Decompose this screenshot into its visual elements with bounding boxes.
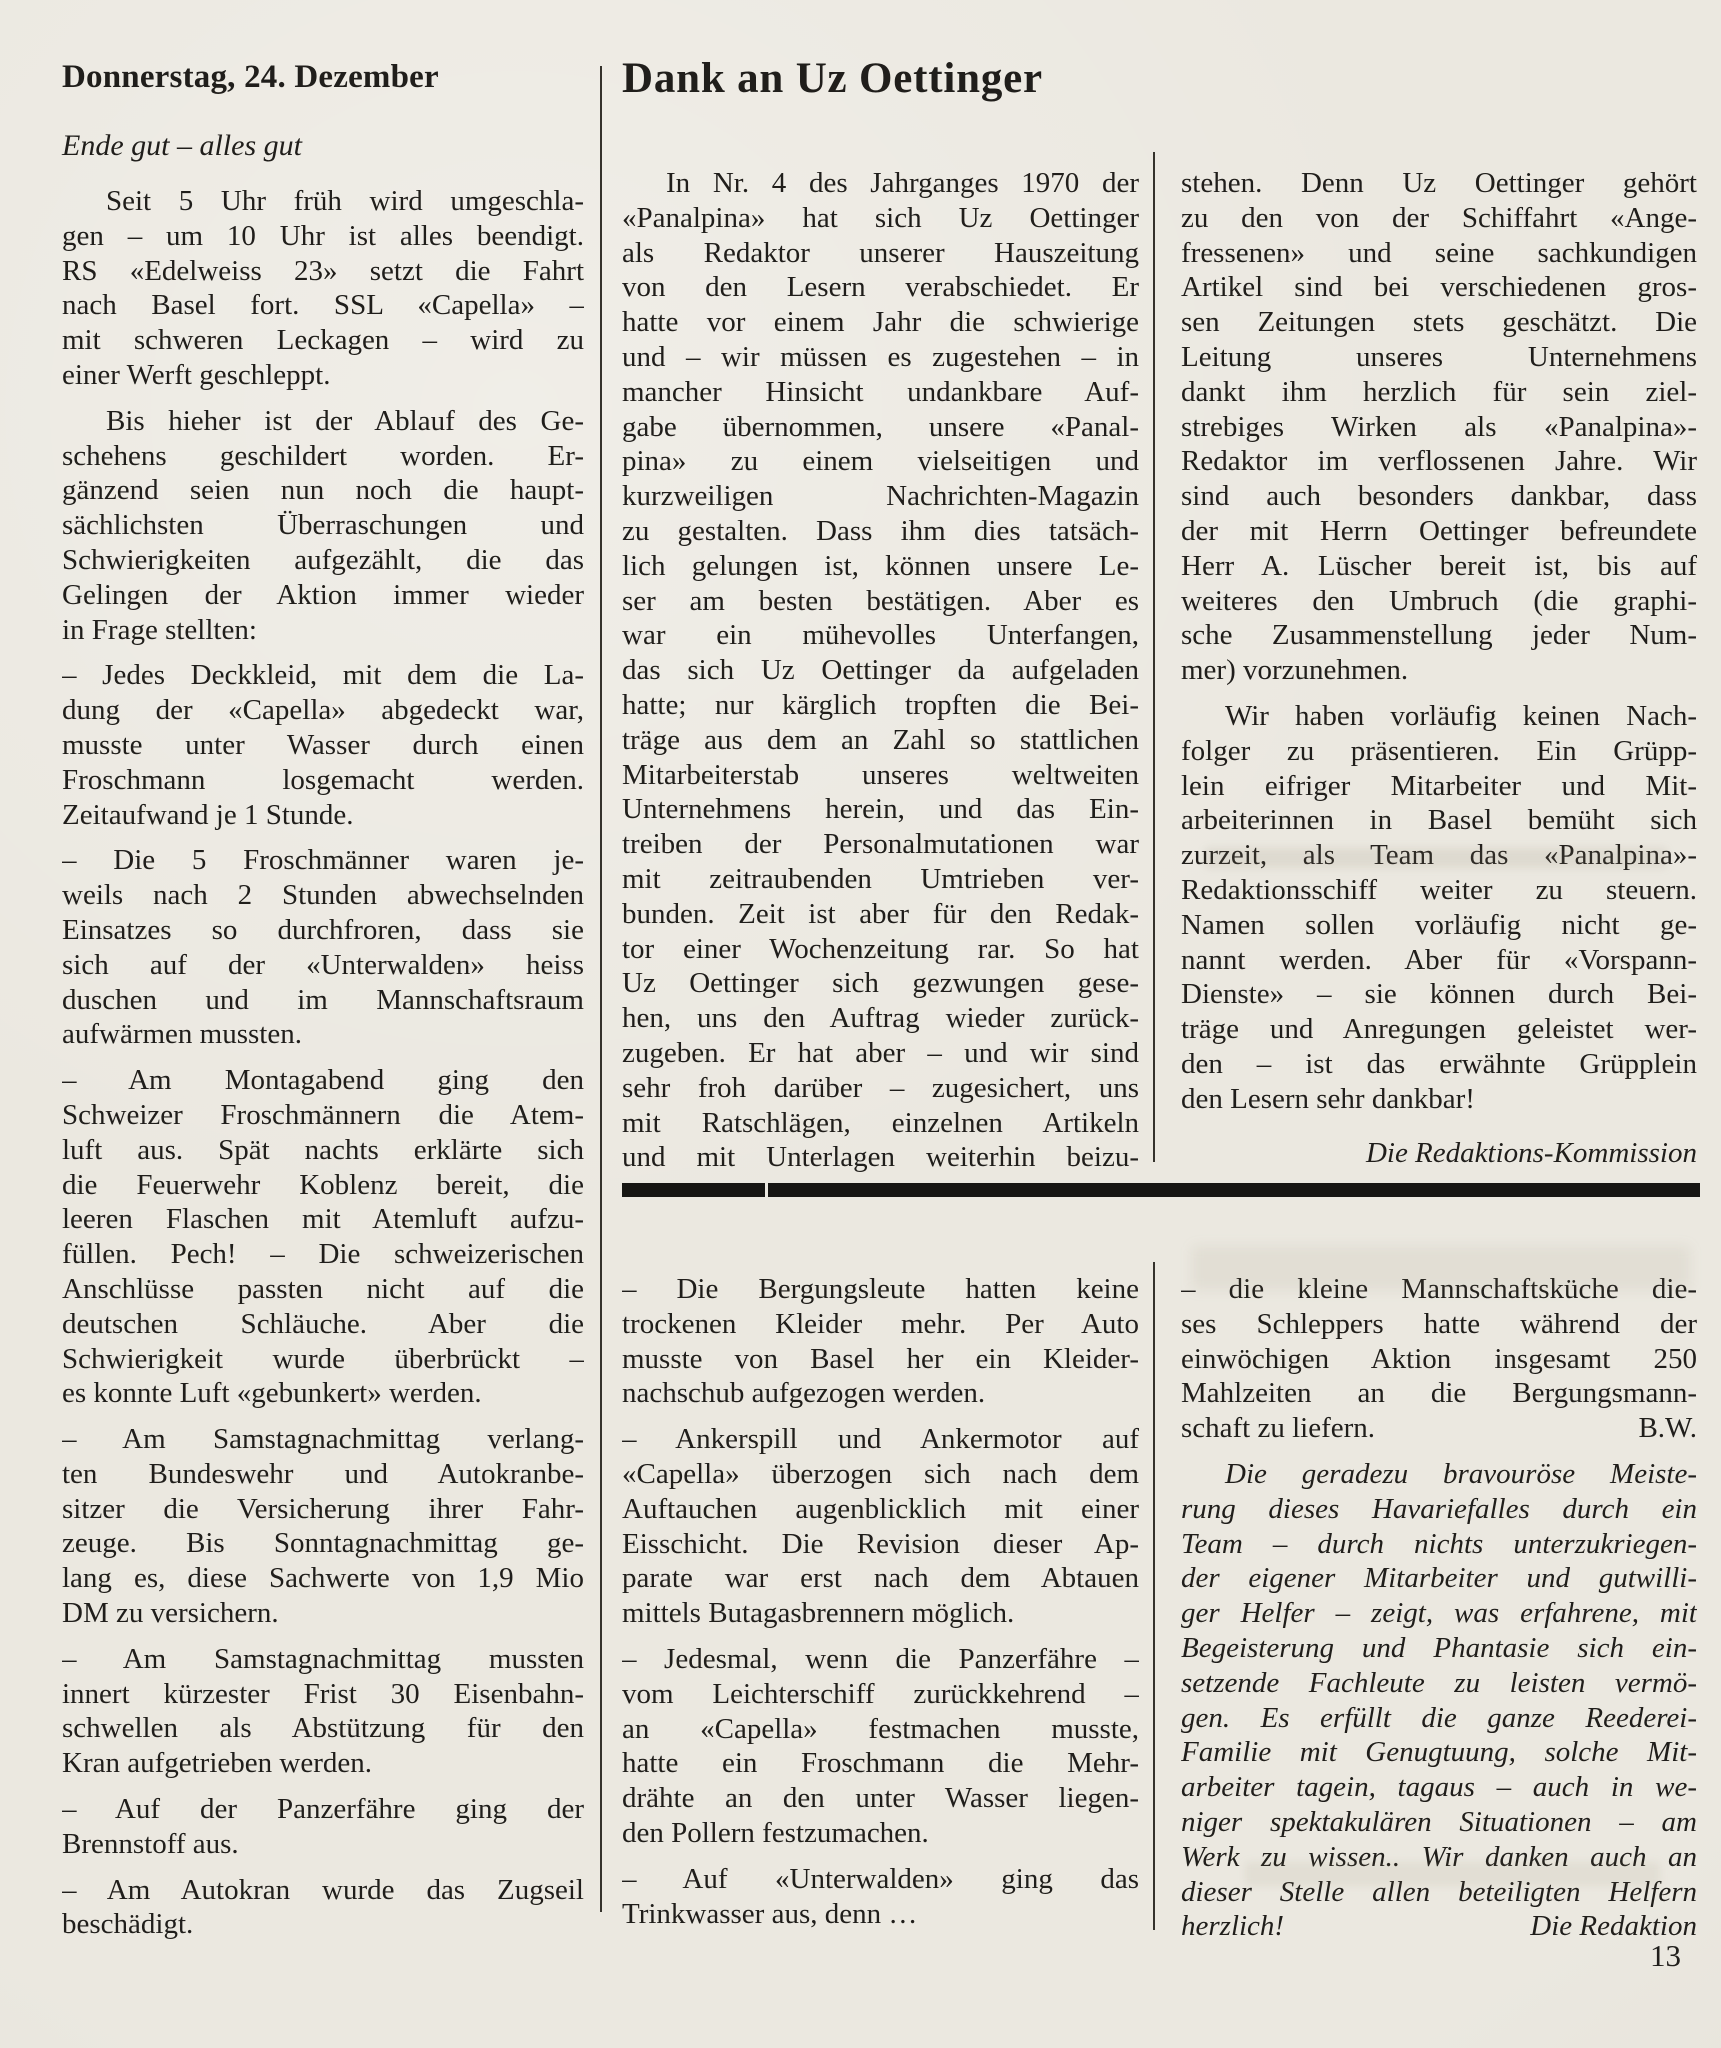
text-line: den Pollern festzumachen. bbox=[622, 1816, 1139, 1851]
text-line: zugeben. Er hat aber – und wir sind bbox=[622, 1036, 1139, 1071]
text-line: Herr A. Lüscher bereit ist, bis auf bbox=[1181, 549, 1697, 584]
paragraph: – Jedes Deckkleid, mit dem die La-dung d… bbox=[62, 658, 584, 832]
text-line: rung dieses Havariefalles durch ein bbox=[1181, 1492, 1697, 1527]
text-line: weiteres den Umbruch (die graphi- bbox=[1181, 584, 1697, 619]
text-line: es konnte Luft «gebunkert» werden. bbox=[62, 1376, 584, 1411]
text-line: luft aus. Spät nachts erklärte sich bbox=[62, 1133, 584, 1168]
text-line: den Lesern sehr dankbar! bbox=[1181, 1082, 1697, 1117]
text-line: – Jedesmal, wenn die Panzerfähre – bbox=[622, 1642, 1139, 1677]
paragraph: – Auf der Panzerfähre ging derBrennstoff… bbox=[62, 1792, 584, 1862]
text-line: – Am Samstagnachmittag verlang- bbox=[62, 1422, 584, 1457]
text-line: Seit 5 Uhr früh wird umgeschla- bbox=[62, 184, 584, 219]
text-line: Werk zu wissen.. Wir danken auch an bbox=[1181, 1840, 1697, 1875]
text-line: war ein mühevolles Unterfangen, bbox=[622, 618, 1139, 653]
text-line: den – ist das erwähnte Grüpplein bbox=[1181, 1047, 1697, 1082]
paragraph: – Am Montagabend ging denSchweizer Frosc… bbox=[62, 1063, 584, 1411]
text-line: musste von Basel her ein Kleider- bbox=[622, 1342, 1139, 1377]
text-line: duschen und im Mannschaftsraum bbox=[62, 983, 584, 1018]
paragraph: – Am Samstagnachmittag mussteninnert kür… bbox=[62, 1642, 584, 1781]
text-line: die Feuerwehr Koblenz bereit, die bbox=[62, 1168, 584, 1203]
text-line: folger zu präsentieren. Ein Grüpp- bbox=[1181, 734, 1697, 769]
column-rule-left bbox=[600, 66, 602, 1912]
text-line: niger spektakulären Situationen – am bbox=[1181, 1805, 1697, 1840]
text-line: musste unter Wasser durch einen bbox=[62, 728, 584, 763]
text-line: lang es, diese Sachwerte von 1,9 Mio bbox=[62, 1561, 584, 1596]
column-rule-right-upper bbox=[1153, 152, 1155, 1162]
paragraph: In Nr. 4 des Jahrganges 1970 der«Panalpi… bbox=[622, 166, 1139, 1175]
text-line: setzende Fachleute zu leisten vermö- bbox=[1181, 1666, 1697, 1701]
text-line: Zeitaufwand je 1 Stunde. bbox=[62, 798, 584, 833]
text-line: hen, uns den Auftrag wieder zurück- bbox=[622, 1001, 1139, 1036]
text-line: hatte vor einem Jahr die schwierige bbox=[622, 305, 1139, 340]
magazine-page: Donnerstag, 24. Dezember Ende gut – alle… bbox=[0, 0, 1721, 2048]
text-line: und mit Unterlagen weiterhin beizu- bbox=[622, 1140, 1139, 1175]
text-line: kurzweiligen Nachrichten-Magazin bbox=[622, 479, 1139, 514]
column-middle-notes: – Die Bergungsleute hatten keinetrockene… bbox=[622, 1272, 1139, 1942]
text-line: gen – um 10 Uhr ist alles beendigt. bbox=[62, 219, 584, 254]
text-line: träge aus dem an Zahl so stattlichen bbox=[622, 723, 1139, 758]
text-line: Brennstoff aus. bbox=[62, 1827, 584, 1862]
text-line: aufwärmen mussten. bbox=[62, 1017, 584, 1052]
text-line: mer) vorzunehmen. bbox=[1181, 653, 1697, 688]
text-line: Familie mit Genugtuung, solche Mit- bbox=[1181, 1735, 1697, 1770]
text-line: träge und Anregungen geleistet wer- bbox=[1181, 1012, 1697, 1047]
text-line: mit zeitraubenden Umtrieben ver- bbox=[622, 862, 1139, 897]
text-line: Redaktor im verflossenen Jahre. Wir bbox=[1181, 444, 1697, 479]
column-left-diary: Seit 5 Uhr früh wird umgeschla-gen – um … bbox=[62, 184, 584, 1953]
text-line: Leitung unseres Unternehmens bbox=[1181, 340, 1697, 375]
text-line: Namen sollen vorläufig nicht ge- bbox=[1181, 908, 1697, 943]
text-line: – Auf der Panzerfähre ging der bbox=[62, 1792, 584, 1827]
text-line: Schwierigkeit wurde überbrückt – bbox=[62, 1342, 584, 1377]
text-line: schehens geschildert worden. Er- bbox=[62, 439, 584, 474]
paragraph: – Die Bergungsleute hatten keinetrockene… bbox=[622, 1272, 1139, 1411]
text-line: als Redaktor unserer Hauszeitung bbox=[622, 236, 1139, 271]
text-line: sind auch besonders dankbar, dass bbox=[1181, 479, 1697, 514]
text-line: füllen. Pech! – Die schweizerischen bbox=[62, 1237, 584, 1272]
text-line: – Am Autokran wurde das Zugseil bbox=[62, 1873, 584, 1908]
text-line: zu gestalten. Dass ihm dies tatsäch- bbox=[622, 514, 1139, 549]
text-line: Uz Oettinger sich gezwungen gese- bbox=[622, 966, 1139, 1001]
text-line: mancher Hinsicht undankbare Auf- bbox=[622, 375, 1139, 410]
text-line: Auftauchen augenblicklich mit einer bbox=[622, 1492, 1139, 1527]
paragraph: – Ankerspill und Ankermotor auf«Capella»… bbox=[622, 1422, 1139, 1631]
text-line: sche Zusammenstellung jeder Num- bbox=[1181, 618, 1697, 653]
text-line: strebiges Wirken als «Panalpina»- bbox=[1181, 410, 1697, 445]
text-line: Begeisterung und Phantasie sich ein- bbox=[1181, 1631, 1697, 1666]
text-line: in Frage stellten: bbox=[62, 613, 584, 648]
text-line: nachschub aufgezogen werden. bbox=[622, 1376, 1139, 1411]
text-line: stehen. Denn Uz Oettinger gehört bbox=[1181, 166, 1697, 201]
text-line: Eisschicht. Die Revision dieser Ap- bbox=[622, 1527, 1139, 1562]
article-signature: Die Redaktions-Kommission bbox=[1181, 1136, 1697, 1171]
paragraph: stehen. Denn Uz Oettinger gehörtzu den v… bbox=[1181, 166, 1697, 688]
text-line: hatte; nur kärglich tropften die Bei- bbox=[622, 688, 1139, 723]
text-line: DM zu versichern. bbox=[62, 1596, 584, 1631]
text-line: gen. Es erfüllt die ganze Reederei- bbox=[1181, 1701, 1697, 1736]
text-line: drähte an den unter Wasser liegen- bbox=[622, 1781, 1139, 1816]
paragraph: – Am Autokran wurde das Zugseilbeschädig… bbox=[62, 1873, 584, 1943]
text-line: mit schweren Leckagen – wird zu bbox=[62, 323, 584, 358]
text-line: gänzend seien nun noch die haupt- bbox=[62, 473, 584, 508]
text-line: dankt ihm herzlich für sein ziel- bbox=[1181, 375, 1697, 410]
text-line: mittels Butagasbrennern möglich. bbox=[622, 1596, 1139, 1631]
paragraph: Die geradezu bravouröse Meiste-rung dies… bbox=[1181, 1457, 1697, 1944]
text-line: vom Leichterschiff zurückkehrend – bbox=[622, 1677, 1139, 1712]
paragraph: – Jedesmal, wenn die Panzerfähre –vom Le… bbox=[622, 1642, 1139, 1851]
text-line: – Die 5 Froschmänner waren je- bbox=[62, 843, 584, 878]
text-line: Trinkwasser aus, denn … bbox=[622, 1897, 1139, 1932]
text-line: Gelingen der Aktion immer wieder bbox=[62, 578, 584, 613]
text-line: Mitarbeiterstab unseres weltweiten bbox=[622, 758, 1139, 793]
text-line: – die kleine Mannschaftsküche die- bbox=[1181, 1272, 1697, 1307]
text-line: – Die Bergungsleute hatten keine bbox=[622, 1272, 1139, 1307]
text-line: Schweizer Froschmännern die Atem- bbox=[62, 1098, 584, 1133]
text-line: pina» zu einem vielseitigen und bbox=[622, 444, 1139, 479]
section-subhead: Ende gut – alles gut bbox=[62, 128, 582, 164]
section-divider-bar bbox=[622, 1183, 765, 1197]
text-line: innert kürzester Frist 30 Eisenbahn- bbox=[62, 1677, 584, 1712]
text-line: trockenen Kleider mehr. Per Auto bbox=[622, 1307, 1139, 1342]
text-line: – Jedes Deckkleid, mit dem die La- bbox=[62, 658, 584, 693]
text-line: Wir haben vorläufig keinen Nach- bbox=[1181, 699, 1697, 734]
text-line: nach Basel fort. SSL «Capella» – bbox=[62, 288, 584, 323]
text-line: schwellen als Abstützung für den bbox=[62, 1711, 584, 1746]
text-line: Einsatzes so durchfroren, dass sie bbox=[62, 913, 584, 948]
text-line: arbeiter tagein, tagaus – auch in we- bbox=[1181, 1770, 1697, 1805]
paragraph: Bis hieher ist der Ablauf des Ge-schehen… bbox=[62, 404, 584, 648]
text-line: In Nr. 4 des Jahrganges 1970 der bbox=[622, 166, 1139, 201]
text-line: Team – durch nichts unterzukriegen- bbox=[1181, 1527, 1697, 1562]
text-line: mit Ratschlägen, einzelnen Artikeln bbox=[622, 1106, 1139, 1141]
text-line: Mahlzeiten an die Bergungsmann- bbox=[1181, 1376, 1697, 1411]
text-line: tor einer Wochenzeitung rar. So hat bbox=[622, 932, 1139, 967]
text-line: sich auf der «Unterwalden» heiss bbox=[62, 948, 584, 983]
text-line: RS «Edelweiss 23» setzt die Fahrt bbox=[62, 254, 584, 289]
text-line: Bis hieher ist der Ablauf des Ge- bbox=[62, 404, 584, 439]
text-line: ser am besten bestätigen. Aber es bbox=[622, 584, 1139, 619]
text-line: zu den von der Schiffahrt «Ange- bbox=[1181, 201, 1697, 236]
text-line: der eigener Mitarbeiter und gutwilli- bbox=[1181, 1561, 1697, 1596]
paragraph: – Die 5 Froschmänner waren je-weils nach… bbox=[62, 843, 584, 1052]
text-line: parate war erst nach dem Abtauen bbox=[622, 1561, 1139, 1596]
text-line: Die geradezu bravouröse Meiste- bbox=[1181, 1457, 1697, 1492]
text-line: ses Schleppers hatte während der bbox=[1181, 1307, 1697, 1342]
text-line: leeren Flaschen mit Atemluft aufzu- bbox=[62, 1202, 584, 1237]
text-line: Froschmann losgemacht werden. bbox=[62, 763, 584, 798]
text-line: beschädigt. bbox=[62, 1907, 584, 1942]
text-line: einwöchigen Aktion insgesamt 250 bbox=[1181, 1342, 1697, 1377]
text-line: dung der «Capella» abgedeckt war, bbox=[62, 693, 584, 728]
article-headline: Dank an Uz Oettinger bbox=[622, 54, 1522, 104]
text-line: dieser Stelle allen beteiligten Helfern bbox=[1181, 1875, 1697, 1910]
column-rule-right-lower bbox=[1153, 1262, 1155, 1930]
text-line: weils nach 2 Stunden abwechselnden bbox=[62, 878, 584, 913]
text-line: Unternehmens herein, und das Ein- bbox=[622, 792, 1139, 827]
text-line: nannt werden. Aber für «Vorspann- bbox=[1181, 943, 1697, 978]
column-right-notes: – die kleine Mannschaftsküche die-ses Sc… bbox=[1181, 1272, 1697, 1955]
text-line: treiben der Personalmutationen war bbox=[622, 827, 1139, 862]
text-line: von den Lesern verabschiedet. Er bbox=[622, 270, 1139, 305]
text-line: sen Zeitungen stets geschätzt. Die bbox=[1181, 305, 1697, 340]
text-line: arbeiterinnen in Basel bemüht sich bbox=[1181, 803, 1697, 838]
paragraph: – die kleine Mannschaftsküche die-ses Sc… bbox=[1181, 1272, 1697, 1446]
text-line: das sich Uz Oettinger da aufgeladen bbox=[622, 653, 1139, 688]
page-number: 13 bbox=[1650, 1938, 1681, 1974]
text-line: – Am Montagabend ging den bbox=[62, 1063, 584, 1098]
text-line: sehr froh darüber – zugesichert, uns bbox=[622, 1071, 1139, 1106]
text-line: herzlich!Die Redaktion bbox=[1181, 1909, 1697, 1944]
text-line: an «Capella» festmachen musste, bbox=[622, 1712, 1139, 1747]
text-line: fressenen» und seine sachkundigen bbox=[1181, 236, 1697, 271]
paragraph: Wir haben vorläufig keinen Nach-folger z… bbox=[1181, 699, 1697, 1117]
text-line: zurzeit, als Team das «Panalpina»- bbox=[1181, 838, 1697, 873]
text-line: – Auf «Unterwalden» ging das bbox=[622, 1862, 1139, 1897]
text-line: ten Bundeswehr und Autokranbe- bbox=[62, 1457, 584, 1492]
text-line: ger Helfer – zeigt, was erfahrene, mit bbox=[1181, 1596, 1697, 1631]
section-divider-bar bbox=[768, 1183, 1700, 1197]
paragraph: Seit 5 Uhr früh wird umgeschla-gen – um … bbox=[62, 184, 584, 393]
text-line: schaft zu liefern.B.W. bbox=[1181, 1411, 1697, 1446]
text-line: Schwierigkeiten aufgezählt, die das bbox=[62, 543, 584, 578]
column-middle-article: In Nr. 4 des Jahrganges 1970 der«Panalpi… bbox=[622, 166, 1139, 1186]
text-line: einer Werft geschleppt. bbox=[62, 358, 584, 393]
text-line: hatte ein Froschmann die Mehr- bbox=[622, 1746, 1139, 1781]
text-line: sächlichsten Überraschungen und bbox=[62, 508, 584, 543]
text-line: Redaktionsschiff weiter zu steuern. bbox=[1181, 873, 1697, 908]
text-line: lich gelungen ist, können unsere Le- bbox=[622, 549, 1139, 584]
text-line: – Am Samstagnachmittag mussten bbox=[62, 1642, 584, 1677]
paragraph: – Auf «Unterwalden» ging dasTrinkwasser … bbox=[622, 1862, 1139, 1932]
date-kicker: Donnerstag, 24. Dezember bbox=[62, 58, 582, 96]
text-line: gabe übernommen, unsere «Panal- bbox=[622, 410, 1139, 445]
text-line: Kran aufgetrieben werden. bbox=[62, 1746, 584, 1781]
text-line: der mit Herrn Oettinger befreundete bbox=[1181, 514, 1697, 549]
text-line: Artikel sind bei verschiedenen gros- bbox=[1181, 270, 1697, 305]
text-line: Anschlüsse passten nicht auf die bbox=[62, 1272, 584, 1307]
text-line: «Capella» überzogen sich nach dem bbox=[622, 1457, 1139, 1492]
text-line: deutschen Schläuche. Aber die bbox=[62, 1307, 584, 1342]
text-line: bunden. Zeit ist aber für den Redak- bbox=[622, 897, 1139, 932]
text-line: und – wir müssen es zugestehen – in bbox=[622, 340, 1139, 375]
paragraph: – Am Samstagnachmittag verlang-ten Bunde… bbox=[62, 1422, 584, 1631]
text-line: «Panalpina» hat sich Uz Oettinger bbox=[622, 201, 1139, 236]
column-right-article: stehen. Denn Uz Oettinger gehörtzu den v… bbox=[1181, 166, 1697, 1128]
text-line: zeuge. Bis Sonntagnachmittag ge- bbox=[62, 1526, 584, 1561]
text-line: – Ankerspill und Ankermotor auf bbox=[622, 1422, 1139, 1457]
text-line: Dienste» – sie können durch Bei- bbox=[1181, 977, 1697, 1012]
text-line: sitzer die Versicherung ihrer Fahr- bbox=[62, 1492, 584, 1527]
text-line: lein eifriger Mitarbeiter und Mit- bbox=[1181, 769, 1697, 804]
